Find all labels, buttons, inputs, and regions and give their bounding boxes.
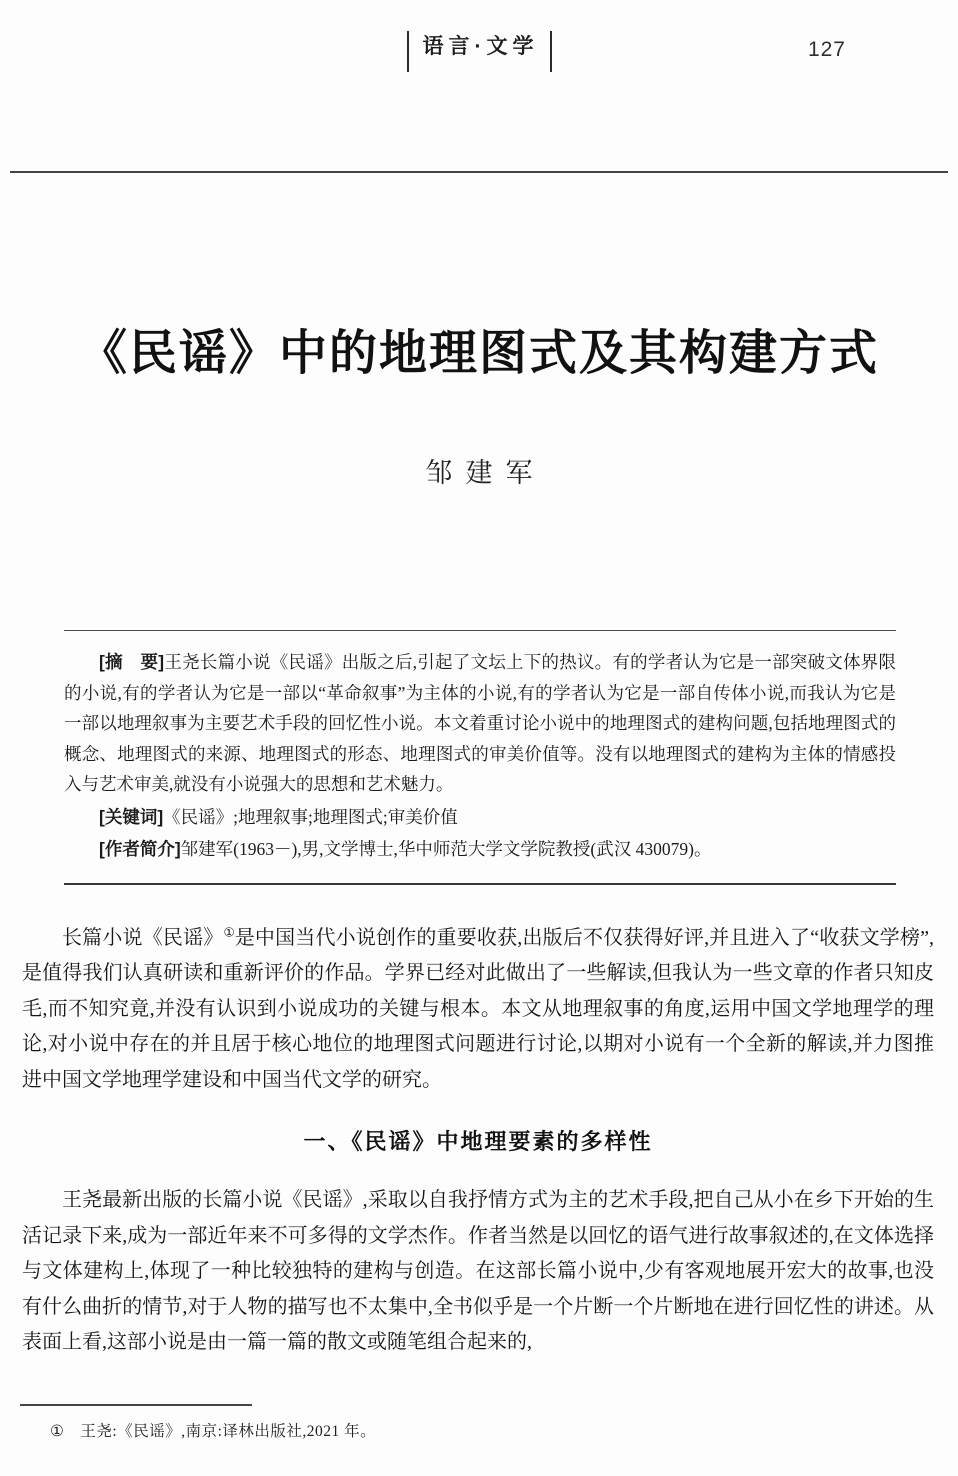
abstract-text: 王尧长篇小说《民谣》出版之后,引起了文坛上下的热议。有的学者认为它是一部突破文体…: [64, 652, 896, 794]
footnote-reference-marker: ①: [223, 925, 234, 939]
author-bio-label: [作者简介]: [99, 839, 181, 859]
body-paragraph-1-continued: 是中国当代小说创作的重要收获,出版后不仅获得好评,并且进入了“收获文学榜”,是值…: [22, 927, 934, 1091]
keywords-text: 《民谣》;地理叙事;地理图式;审美价值: [163, 807, 458, 827]
abstract-block: [摘 要]王尧长篇小说《民谣》出版之后,引起了文坛上下的热议。有的学者认为它是一…: [64, 630, 896, 885]
body-paragraph-1-text: 长篇小说《民谣》: [62, 927, 223, 949]
body-paragraph-2: 王尧最新出版的长篇小说《民谣》,采取以自我抒情方式为主的艺术手段,把自己从小在乡…: [22, 1183, 934, 1361]
header-divider: [10, 171, 948, 173]
footnote: ①王尧:《民谣》,南京:译林出版社,2021 年。: [50, 1419, 938, 1441]
footnote-marker: ①: [50, 1423, 64, 1440]
footnote-area: ①王尧:《民谣》,南京:译林出版社,2021 年。: [20, 1404, 938, 1441]
abstract-label: [摘 要]: [99, 652, 164, 672]
keywords-line: [关键词]《民谣》;地理叙事;地理图式;审美价值: [64, 802, 896, 833]
page-header: 语言·文学 127: [0, 0, 958, 72]
author-bio-line: [作者简介]邹建军(1963－),男,文学博士,华中师范大学文学院教授(武汉 4…: [64, 834, 896, 865]
journal-page: 语言·文学 127 《民谣》中的地理图式及其构建方式 邹建军 [摘 要]王尧长篇…: [0, 0, 958, 1476]
article-author: 邹建军: [0, 451, 958, 490]
section-heading-1: 一、《民谣》中地理要素的多样性: [22, 1125, 934, 1156]
footnote-divider: [20, 1404, 252, 1406]
keywords-label: [关键词]: [99, 807, 163, 827]
article-title: 《民谣》中的地理图式及其构建方式: [0, 324, 958, 384]
abstract-paragraph: [摘 要]王尧长篇小说《民谣》出版之后,引起了文坛上下的热议。有的学者认为它是一…: [64, 647, 896, 800]
column-title: 语言·文学: [407, 31, 552, 72]
body-paragraph-1: 长篇小说《民谣》①是中国当代小说创作的重要收获,出版后不仅获得好评,并且进入了“…: [22, 921, 934, 1099]
page-number: 127: [808, 38, 846, 62]
author-bio-text: 邹建军(1963－),男,文学博士,华中师范大学文学院教授(武汉 430079)…: [181, 839, 712, 859]
footnote-text: 王尧:《民谣》,南京:译林出版社,2021 年。: [80, 1423, 376, 1440]
article-body: 长篇小说《民谣》①是中国当代小说创作的重要收获,出版后不仅获得好评,并且进入了“…: [22, 921, 934, 1361]
